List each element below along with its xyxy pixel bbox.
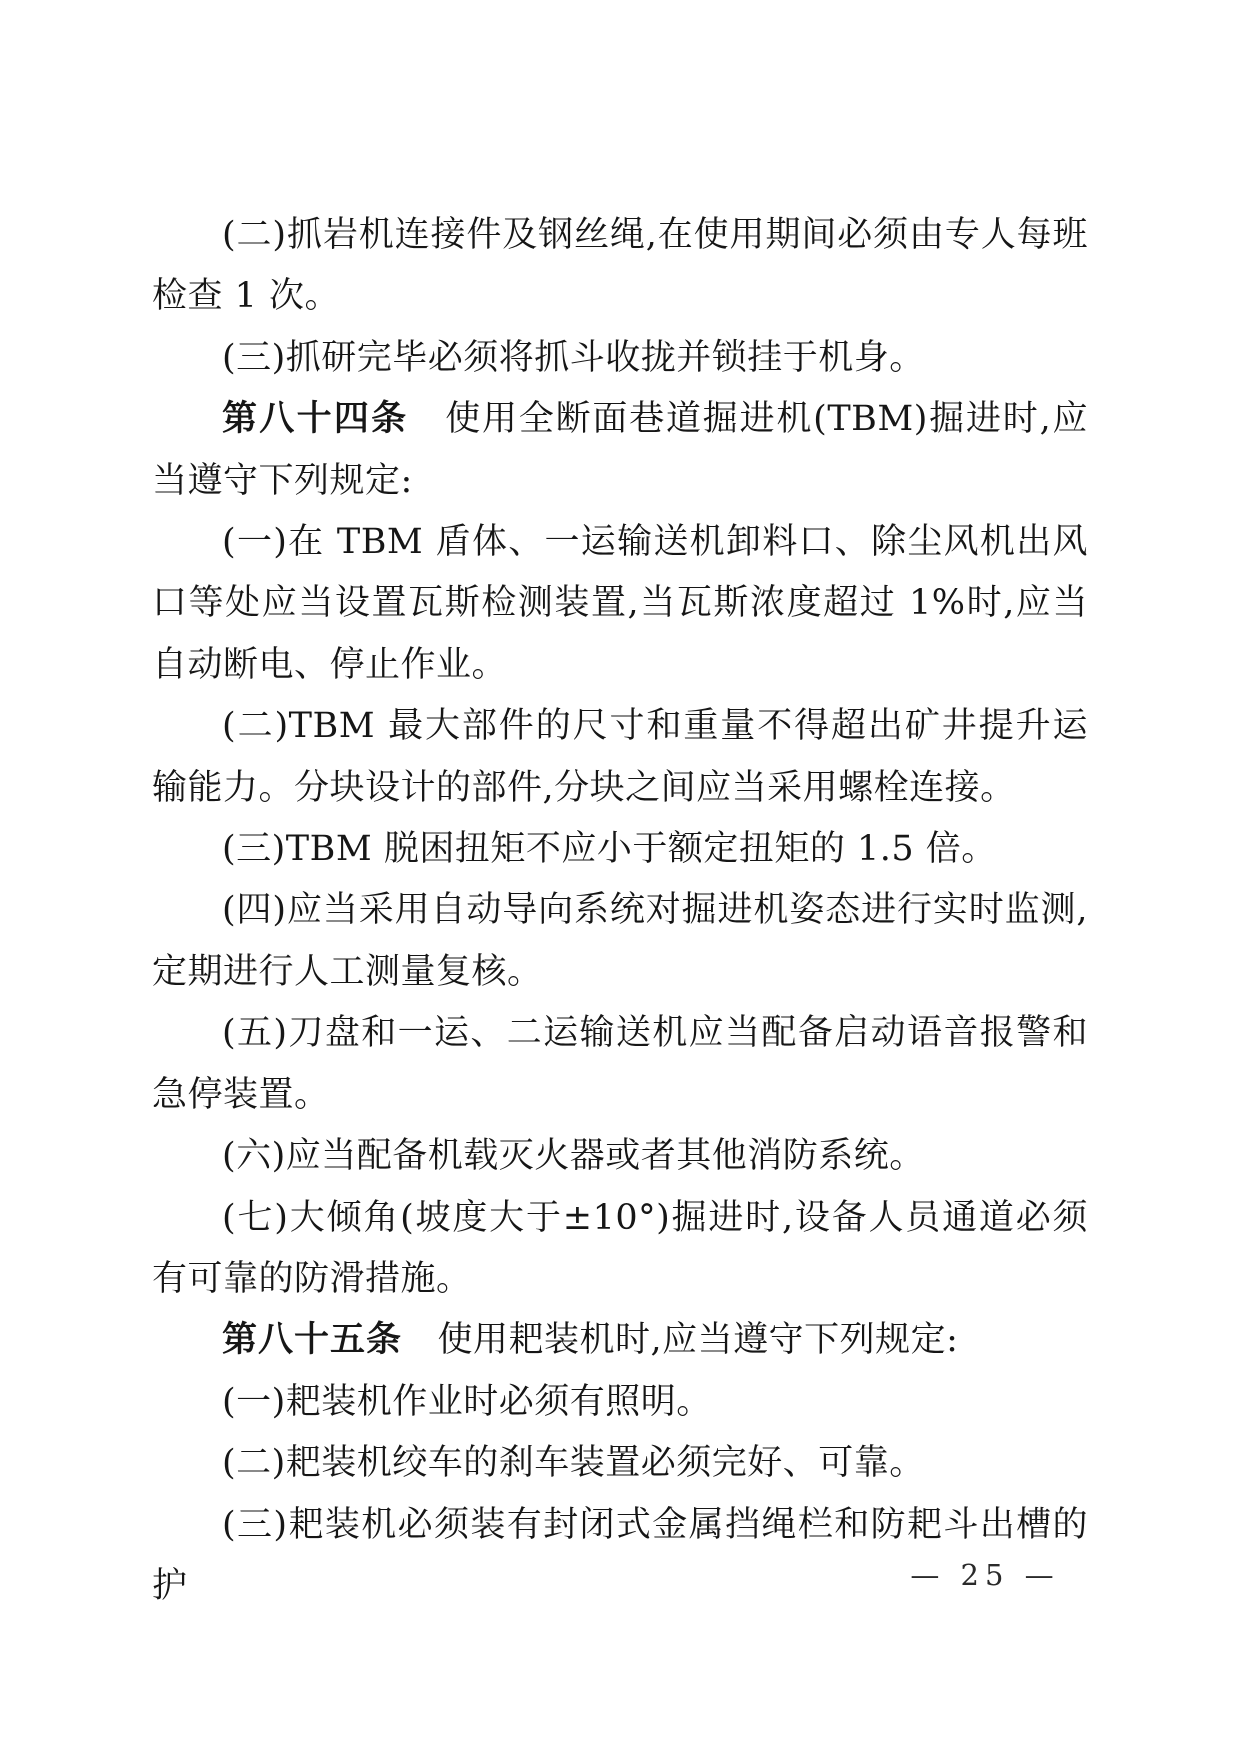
clause-text: (二)TBM 最大部件的尺寸和重量不得超出矿井提升运输能力。分块设计的部件,分块… [152, 706, 1088, 807]
clause-text: (六)应当配备机载灭火器或者其他消防系统。 [222, 1136, 925, 1176]
clause-scraper-rope-guard: (三)耙装机必须装有封闭式金属挡绳栏和防耙斗出槽的护 [152, 1495, 1088, 1618]
clause-text: (七)大倾角(坡度大于±10°)掘进时,设备人员通道必须有可靠的防滑措施。 [152, 1198, 1088, 1299]
page-number: — 25 — [840, 1558, 1130, 1592]
clause-text: (三)TBM 脱困扭矩不应小于额定扭矩的 1.5 倍。 [222, 829, 997, 869]
clause-text: (二)抓岩机连接件及钢丝绳,在使用期间必须由专人每班检查 1 次。 [152, 215, 1088, 316]
document-body: (二)抓岩机连接件及钢丝绳,在使用期间必须由专人每班检查 1 次。 (三)抓研完… [152, 205, 1088, 1617]
article-84-heading-paragraph: 第八十四条 使用全断面巷道掘进机(TBM)掘进时,应当遵守下列规定: [152, 389, 1088, 512]
clause-tbm-size-weight: (二)TBM 最大部件的尺寸和重量不得超出矿井提升运输能力。分块设计的部件,分块… [152, 696, 1088, 819]
document-page: (二)抓岩机连接件及钢丝绳,在使用期间必须由专人每班检查 1 次。 (三)抓研完… [0, 0, 1240, 1753]
clause-text: (二)耙装机绞车的刹车装置必须完好、可靠。 [222, 1443, 925, 1483]
article-85-heading-paragraph: 第八十五条 使用耙装机时,应当遵守下列规定: [152, 1310, 1088, 1371]
clause-scraper-winch-brake: (二)耙装机绞车的刹车装置必须完好、可靠。 [152, 1433, 1088, 1494]
clause-tbm-steep-slope: (七)大倾角(坡度大于±10°)掘进时,设备人员通道必须有可靠的防滑措施。 [152, 1188, 1088, 1311]
article-85-intro-text: 使用耙装机时,应当遵守下列规定: [402, 1320, 958, 1360]
article-84-number: 第八十四条 [222, 399, 408, 439]
clause-tbm-torque: (三)TBM 脱困扭矩不应小于额定扭矩的 1.5 倍。 [152, 819, 1088, 880]
clause-grab-bucket-stow: (三)抓研完毕必须将抓斗收拢并锁挂于机身。 [152, 328, 1088, 389]
clause-tbm-guidance-system: (四)应当采用自动导向系统对掘进机姿态进行实时监测,定期进行人工测量复核。 [152, 880, 1088, 1003]
clause-tbm-fire-extinguisher: (六)应当配备机载灭火器或者其他消防系统。 [152, 1126, 1088, 1187]
clause-text: (三)抓研完毕必须将抓斗收拢并锁挂于机身。 [222, 338, 925, 378]
clause-text: (五)刀盘和一运、二运输送机应当配备启动语音报警和急停装置。 [152, 1013, 1088, 1114]
article-85-number: 第八十五条 [222, 1320, 402, 1360]
clause-tbm-gas-detection: (一)在 TBM 盾体、一运输送机卸料口、除尘风机出风口等处应当设置瓦斯检测装置… [152, 512, 1088, 696]
clause-tbm-alarm-estop: (五)刀盘和一运、二运输送机应当配备启动语音报警和急停装置。 [152, 1003, 1088, 1126]
clause-grab-loader-rope-check: (二)抓岩机连接件及钢丝绳,在使用期间必须由专人每班检查 1 次。 [152, 205, 1088, 328]
clause-scraper-lighting: (一)耙装机作业时必须有照明。 [152, 1372, 1088, 1433]
clause-text: (四)应当采用自动导向系统对掘进机姿态进行实时监测,定期进行人工测量复核。 [152, 890, 1088, 991]
clause-text: (一)耙装机作业时必须有照明。 [222, 1382, 712, 1422]
clause-text: (一)在 TBM 盾体、一运输送机卸料口、除尘风机出风口等处应当设置瓦斯检测装置… [152, 522, 1088, 685]
